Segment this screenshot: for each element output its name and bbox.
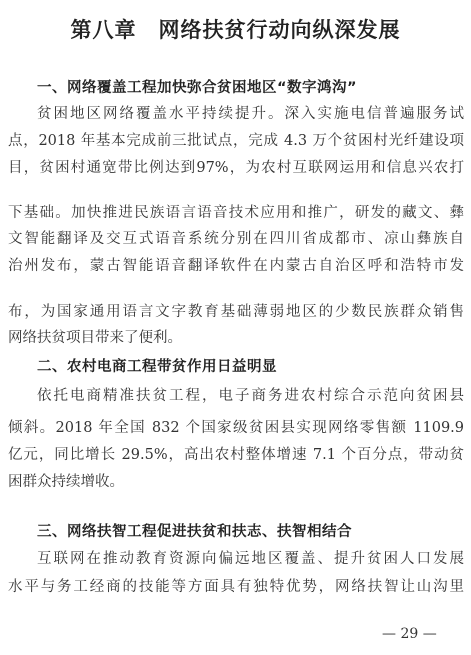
paragraph-line: 下基础。加快推进民族语言语音技术应用和推广，研发的藏文、彝 (8, 203, 464, 223)
paragraph-line: 倾斜。2018 年全国 832 个国家级贫困县实现网络零售额 1109.9 (8, 418, 464, 438)
paragraph-line: 网络扶贫项目带来了便利。 (8, 328, 464, 348)
section-heading-3: 三、网络扶智工程促进扶贫和扶志、扶智相结合 (37, 520, 352, 541)
paragraph-line: 治州发布，蒙古智能语音翻译软件在内蒙古自治区呼和浩特市发 (8, 256, 464, 276)
paragraph-line: 点，2018 年基本完成前三批试点，完成 4.3 万个贫困村光纤建设项 (8, 131, 464, 151)
paragraph-line: 文智能翻译及交互式语音系统分别在四川省成都市、凉山彝族自 (8, 229, 464, 249)
document-page: 第八章 网络扶贫行动向纵深发展 一、网络覆盖工程加快弥合贫困地区“数字鸿沟” 贫… (0, 0, 471, 655)
paragraph-line: 亿元，同比增长 29.5%，高出农村整体增速 7.1 个百分点，带动贫 (8, 445, 464, 465)
chapter-title: 第八章 网络扶贫行动向纵深发展 (0, 14, 471, 44)
paragraph-line: 困群众持续增收。 (8, 472, 464, 492)
paragraph-line: 目，贫困村通宽带比例达到97%，为农村互联网运用和信息兴农打 (8, 158, 464, 178)
paragraph-line: 布，为国家通用语言文字教育基础薄弱地区的少数民族群众销售 (8, 302, 464, 322)
paragraph-line: 水平与务工经商的技能等方面具有独特优势，网络扶智让山沟里 (8, 577, 464, 597)
paragraph-line: 互联网在推动教育资源向偏远地区覆盖、提升贫困人口发展 (37, 549, 464, 569)
paragraph-line: 依托电商精准扶贫工程，电子商务进农村综合示范向贫困县 (37, 386, 464, 406)
paragraph-line: 贫困地区网络覆盖水平持续提升。深入实施电信普遍服务试 (37, 104, 464, 124)
page-number: — 29 — (382, 626, 437, 642)
section-heading-1: 一、网络覆盖工程加快弥合贫困地区“数字鸿沟” (37, 76, 357, 97)
section-heading-2: 二、农村电商工程带贫作用日益明显 (37, 355, 277, 376)
